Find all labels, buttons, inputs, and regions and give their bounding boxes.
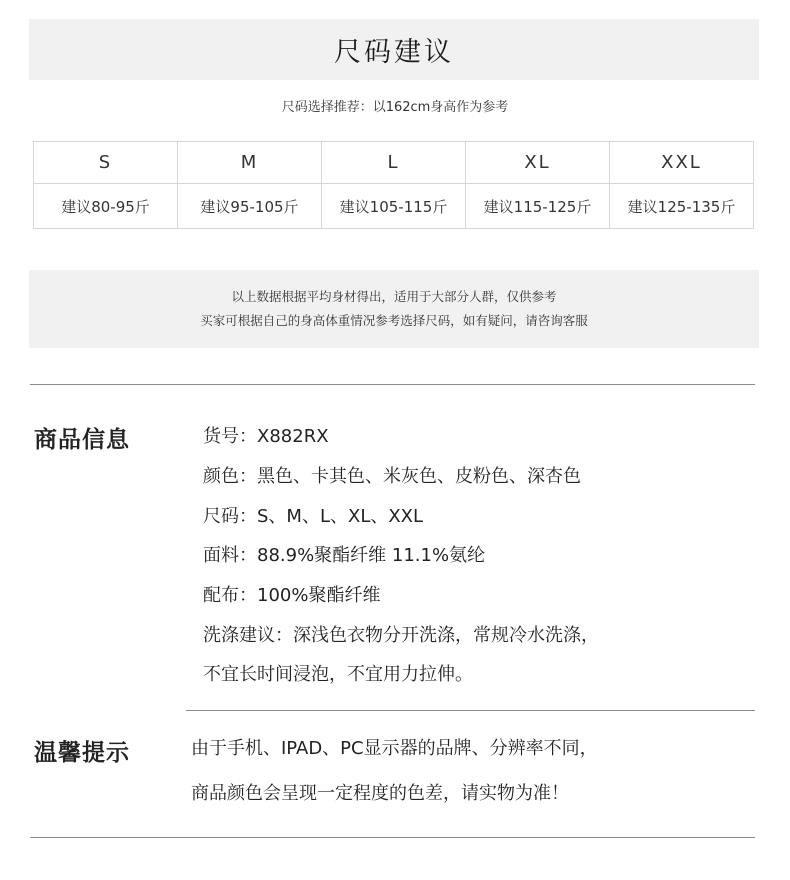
info-key: 面料：: [203, 545, 257, 566]
bottom-divider: [30, 837, 755, 838]
weight-cell-s: 建议80-95斤: [34, 184, 178, 229]
section-divider: [30, 384, 755, 385]
info-value: S、M、L、XL、XXL: [257, 506, 423, 527]
section-divider: [186, 710, 755, 711]
product-info-list: 货号：X882RX 颜色：黑色、卡其色、米灰色、皮粉色、深杏色 尺码：S、M、L…: [203, 423, 599, 695]
info-value: 100%聚酯纤维: [257, 585, 380, 606]
info-key: 尺码：: [203, 506, 257, 527]
tips-heading: 温馨提示: [34, 734, 130, 767]
info-value: 不宜长时间浸泡，不宜用力拉伸。: [203, 664, 473, 685]
size-cell-m: M: [178, 142, 322, 184]
disclaimer-line: 买家可根据自己的身高体重情况参考选择尺码，如有疑问，请咨询客服: [200, 309, 588, 333]
tip-line: 商品颜色会呈现一定程度的色差，请实物为准！: [191, 774, 598, 813]
info-value: 88.9%聚酯纤维 11.1%氨纶: [257, 545, 485, 566]
weight-cell-m: 建议95-105斤: [178, 184, 322, 229]
info-key: 洗涤建议：: [203, 625, 293, 646]
info-row-item-number: 货号：X882RX: [203, 423, 599, 457]
size-disclaimer-box: 以上数据根据平均身材得出，适用于大部分人群，仅供参考 买家可根据自己的身高体重情…: [29, 270, 759, 348]
weight-cell-l: 建议105-115斤: [322, 184, 466, 229]
size-reference-note: 尺码选择推荐：以162cm身高作为参考: [0, 96, 790, 115]
product-info-heading: 商品信息: [34, 421, 130, 454]
disclaimer-line: 以上数据根据平均身材得出，适用于大部分人群，仅供参考: [231, 285, 556, 309]
size-cell-l: L: [322, 142, 466, 184]
size-cell-xxl: XXL: [610, 142, 754, 184]
weight-cell-xl: 建议115-125斤: [466, 184, 610, 229]
info-value: 深浅色衣物分开洗涤，常规冷水洗涤，: [293, 625, 599, 646]
size-table-header-row: S M L XL XXL: [34, 142, 754, 184]
size-cell-s: S: [34, 142, 178, 184]
tips-list: 由于手机、IPAD、PC显示器的品牌、分辨率不同， 商品颜色会呈现一定程度的色差…: [191, 734, 598, 813]
info-row-washing: 洗涤建议：深浅色衣物分开洗涤，常规冷水洗涤，: [203, 616, 599, 656]
info-row-fabric: 面料：88.9%聚酯纤维 11.1%氨纶: [203, 536, 599, 576]
page-title: 尺码建议: [334, 30, 454, 69]
weight-cell-xxl: 建议125-135斤: [610, 184, 754, 229]
info-key: 配布：: [203, 585, 257, 606]
info-key: 货号：: [203, 426, 257, 447]
tip-line: 由于手机、IPAD、PC显示器的品牌、分辨率不同，: [191, 734, 598, 774]
size-table: S M L XL XXL 建议80-95斤 建议95-105斤 建议105-11…: [33, 141, 754, 229]
info-row-washing-cont: 不宜长时间浸泡，不宜用力拉伸。: [203, 655, 599, 695]
size-guide-header: 尺码建议: [29, 19, 759, 80]
info-row-lining: 配布：100%聚酯纤维: [203, 576, 599, 616]
info-value: X882RX: [257, 426, 329, 447]
size-table-weight-row: 建议80-95斤 建议95-105斤 建议105-115斤 建议115-125斤…: [34, 184, 754, 229]
info-key: 颜色：: [203, 466, 257, 487]
info-value: 黑色、卡其色、米灰色、皮粉色、深杏色: [257, 466, 581, 487]
size-cell-xl: XL: [466, 142, 610, 184]
info-row-sizes: 尺码：S、M、L、XL、XXL: [203, 497, 599, 537]
info-row-colors: 颜色：黑色、卡其色、米灰色、皮粉色、深杏色: [203, 457, 599, 497]
